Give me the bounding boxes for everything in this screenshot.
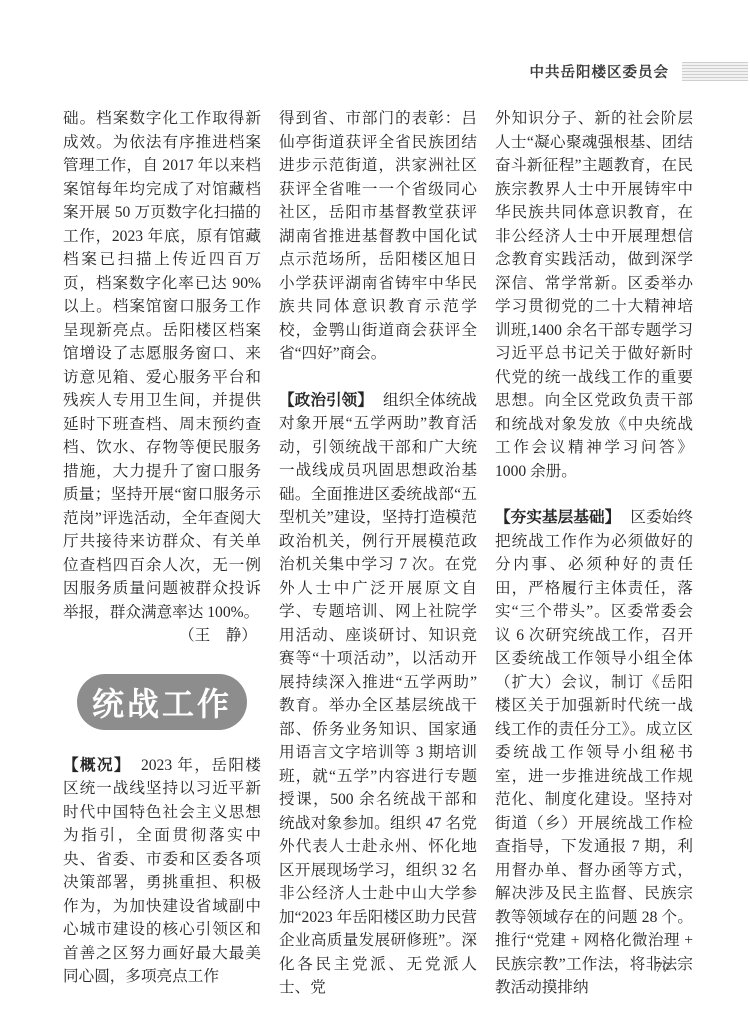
section-title-box: 统战工作 bbox=[77, 674, 247, 730]
paragraph-grassroots-foundation: 【夯实基层基础】区委始终把统战工作作为必须做好的分内事、必须种好的责任田，严格履… bbox=[495, 506, 693, 1000]
paragraph-archives-continuation: 础。档案数字化工作取得新成效。为依法有序推进档案管理工作，自 2017 年以来档… bbox=[63, 107, 261, 624]
section-lead-grassroots-foundation: 【夯实基层基础】 bbox=[495, 509, 620, 526]
paragraph-political-guidance-continuation: 外知识分子、新的社会阶层人士“凝心聚魂强根基、团结奋斗新征程”主题教育，在民族宗… bbox=[495, 107, 693, 483]
section-lead-overview: 【概况】 bbox=[63, 757, 131, 774]
page-header: 中共岳阳楼区委员会 bbox=[0, 58, 750, 84]
paragraph-political-guidance-text: 组织全体统战对象开展“五学两助”教育活动，引领统战干部和广大统一战线成员巩固思想… bbox=[279, 392, 477, 997]
column-3: 外知识分子、新的社会阶层人士“凝心聚魂强根基、团结奋斗新征程”主题教育，在民族宗… bbox=[495, 107, 693, 1000]
section-lead-political-guidance: 【政治引领】 bbox=[279, 392, 373, 409]
author-attribution: （王 静） bbox=[63, 624, 261, 648]
paragraph-overview-text: 2023 年，岳阳楼区统一战线坚持以习近平新时代中国特色社会主义思想为指引，全面… bbox=[63, 757, 261, 986]
section-title: 统战工作 bbox=[92, 679, 232, 725]
paragraph-grassroots-foundation-text: 区委始终把统战工作作为必须做好的分内事、必须种好的责任田，严格履行主体责任，落实… bbox=[495, 509, 693, 996]
header-rule-decoration bbox=[682, 62, 748, 81]
page-number: 77 bbox=[655, 960, 670, 977]
content-columns: 础。档案数字化工作取得新成效。为依法有序推进档案管理工作，自 2017 年以来档… bbox=[63, 107, 693, 1000]
paragraph-political-guidance: 【政治引领】组织全体统战对象开展“五学两助”教育活动，引领统战干部和广大统一战线… bbox=[279, 389, 477, 1000]
column-1: 础。档案数字化工作取得新成效。为依法有序推进档案管理工作，自 2017 年以来档… bbox=[63, 107, 261, 1000]
paragraph-overview: 【概况】2023 年，岳阳楼区统一战线坚持以习近平新时代中国特色社会主义思想为指… bbox=[63, 754, 261, 989]
column-2: 得到省、市部门的表彰：吕仙亭街道获评全省民族团结进步示范街道，洪家洲社区获评全省… bbox=[279, 107, 477, 1000]
header-committee-name: 中共岳阳楼区委员会 bbox=[530, 61, 670, 82]
document-page: 中共岳阳楼区委员会 础。档案数字化工作取得新成效。为依法有序推进档案管理工作，自… bbox=[0, 0, 750, 1024]
paragraph-overview-continuation: 得到省、市部门的表彰：吕仙亭街道获评全省民族团结进步示范街道，洪家洲社区获评全省… bbox=[279, 107, 477, 366]
